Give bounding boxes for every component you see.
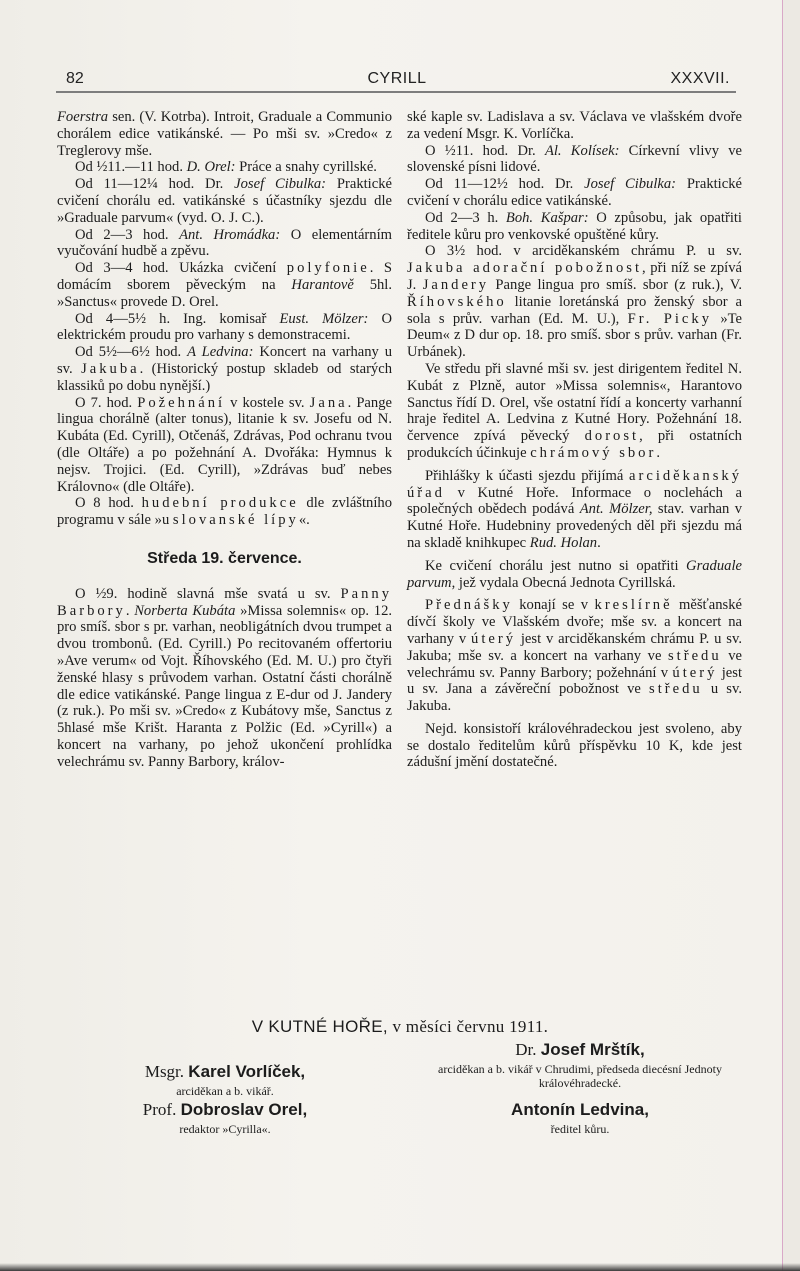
- spaced-text: kreslírně: [595, 597, 673, 613]
- signature-mrstik: Dr. Josef Mrštík, arciděkan a b. vikář v…: [420, 1040, 740, 1090]
- italic-name: D. Orel:: [187, 159, 236, 175]
- text: Práce a snahy cyrillské.: [236, 159, 377, 175]
- date: v měsíci červnu 1911.: [388, 1017, 548, 1036]
- paragraph: Od 5½—6½ hod. A Ledvina: Koncert na varh…: [57, 344, 392, 394]
- sig-role: redaktor »Cyrilla«.: [95, 1122, 355, 1136]
- paragraph: Od 4—5½ h. Ing. komisař Eust. Mölzer: O …: [57, 311, 392, 345]
- place-date-line: V KUTNÉ HOŘE, v měsíci červnu 1911.: [0, 1017, 800, 1037]
- paragraph: O 7. hod. Požehnání v kostele sv. Jana. …: [57, 395, 392, 496]
- text: Přihlášky k účasti sjezdu přijímá: [425, 468, 629, 484]
- text: .: [656, 445, 660, 461]
- paragraph: Od 2—3 h. Boh. Kašpar: O způsobu, jak op…: [407, 210, 742, 244]
- sig-name: Karel Vorlíček,: [188, 1062, 305, 1081]
- spaced-text: Jandery: [423, 277, 489, 293]
- page: 82 CYRILL XXXVII. Foerstra sen. (V. Kotr…: [0, 0, 782, 1271]
- italic-name: Boh. Kašpar:: [506, 210, 589, 226]
- paragraph: ské kaple sv. Ladislava a sv. Václava ve…: [407, 109, 742, 143]
- paragraph: Přednášky konají se v kreslírně měšťansk…: [407, 597, 742, 715]
- italic-name: Ant. Hromádka:: [179, 227, 280, 243]
- text: v kostele sv.: [225, 395, 310, 411]
- paragraph: Od 3—4 hod. Ukázka cvičení polyfonie. S …: [57, 260, 392, 310]
- text: , jež vydala Obecná Jednota Cyrillská.: [452, 575, 676, 591]
- signature-orel: Prof. Dobroslav Orel, redaktor »Cyrilla«…: [95, 1100, 355, 1136]
- text: Od 5½—6½ hod.: [75, 344, 187, 360]
- spaced-text: úterý: [471, 631, 516, 647]
- italic-name: A Ledvina:: [187, 344, 253, 360]
- text: O 8 hod.: [75, 495, 142, 511]
- volume-number: XXXVII.: [670, 70, 730, 88]
- paragraph: Nejd. konsistoří královéhradeckou jest s…: [407, 721, 742, 771]
- italic-name: Al. Kolísek:: [545, 143, 620, 159]
- text: Od 3—4 hod. Ukázka cvičení: [75, 260, 287, 276]
- paragraph: Od ½11.—11 hod. D. Orel: Práce a snahy c…: [57, 159, 392, 176]
- spaced-text: středu: [649, 681, 703, 697]
- text: Pange lingua pro smíš. sbor (z ruk.), V.: [489, 277, 742, 293]
- italic-name: Harantově: [291, 277, 353, 293]
- spaced-text: Požehnání: [137, 395, 225, 411]
- spaced-text: polyfonie: [287, 260, 370, 276]
- text: O 3½ hod. v arciděkanském chrámu P. u sv…: [425, 243, 742, 259]
- signature-vorlicek: Msgr. Karel Vorlíček, arciděkan a b. vik…: [95, 1062, 355, 1098]
- paragraph: Ve středu při slavné mši sv. jest dirige…: [407, 361, 742, 462]
- text: konají se v: [513, 597, 595, 613]
- scan-shadow: [0, 1263, 800, 1271]
- italic-name: Foerstra: [57, 109, 108, 125]
- section-heading: Středa 19. července.: [57, 551, 392, 568]
- header-rule: [56, 91, 736, 93]
- sig-name: Dobroslav Orel,: [181, 1100, 308, 1119]
- running-header: 82 CYRILL XXXVII.: [58, 70, 736, 90]
- spaced-text: chrámový sbor: [530, 445, 656, 461]
- italic-name: Norberta Kubáta: [134, 603, 235, 619]
- text: .: [126, 603, 134, 619]
- signature-ledvina: Antonín Ledvina, ředitel kůru.: [420, 1100, 740, 1136]
- paragraph: Od 11—12¼ hod. Dr. Josef Cibulka: Prakti…: [57, 176, 392, 226]
- right-column: ské kaple sv. Ladislava a sv. Václava ve…: [407, 109, 742, 771]
- sig-role: ředitel kůru.: [420, 1122, 740, 1136]
- text: Od 4—5½ h. Ing. komisař: [75, 311, 279, 327]
- spaced-text: dorost: [585, 428, 639, 444]
- text: O 7. hod.: [75, 395, 137, 411]
- spaced-text: úterý: [672, 665, 717, 681]
- place: V KUTNÉ HOŘE,: [252, 1017, 388, 1036]
- sig-role: arciděkan a b. vikář.: [95, 1084, 355, 1098]
- sig-title: Dr.: [515, 1040, 541, 1059]
- text: Od ½11.—11 hod.: [75, 159, 187, 175]
- text: Ke cvičení chorálu jest nutno si opatřit…: [425, 558, 686, 574]
- spaced-text: středu: [668, 648, 722, 664]
- text: .: [597, 535, 601, 551]
- left-column: Foerstra sen. (V. Kotrba). Introit, Grad…: [57, 109, 392, 770]
- paragraph: O 3½ hod. v arciděkanském chrámu P. u sv…: [407, 243, 742, 361]
- text: Od 2—3 hod.: [75, 227, 179, 243]
- italic-name: Eust. Mölzer:: [279, 311, 368, 327]
- paragraph: O ½11. hod. Dr. Al. Kolísek: Církevní vl…: [407, 143, 742, 177]
- text: «.: [299, 512, 310, 528]
- spaced-text: Jakuba: [81, 361, 140, 377]
- text: Od 11—12¼ hod. Dr.: [75, 176, 234, 192]
- spaced-text: slovanské lípy: [173, 512, 299, 528]
- paragraph: Přihlášky k účasti sjezdu přijímá arcidě…: [407, 468, 742, 552]
- sig-title: Msgr.: [145, 1062, 188, 1081]
- spaced-text: hudební produkce: [142, 495, 299, 511]
- spaced-text: Fr. Picky: [628, 311, 712, 327]
- spaced-text: Přednášky: [425, 597, 513, 613]
- journal-title: CYRILL: [58, 70, 736, 88]
- italic-name: Josef Cibulka:: [584, 176, 676, 192]
- sig-name: Antonín Ledvina,: [511, 1100, 649, 1119]
- italic-name: Ant. Mölzer,: [580, 501, 653, 517]
- spaced-text: Jakuba adorační pobožnost: [407, 260, 642, 276]
- italic-name: Josef Cibulka:: [234, 176, 326, 192]
- text: O ½9. hodině slavná mše svatá u sv.: [75, 586, 341, 602]
- page-edge: [782, 0, 800, 1271]
- text: Od 11—12½ hod. Dr.: [425, 176, 584, 192]
- text: »Missa solemnis« op. 12. pro smíš. sbor …: [57, 603, 392, 770]
- paragraph: O 8 hod. hudební produkce dle zvláštního…: [57, 495, 392, 529]
- text: Od 2—3 h.: [425, 210, 506, 226]
- paragraph: Od 11—12½ hod. Dr. Josef Cibulka: Prakti…: [407, 176, 742, 210]
- paragraph: O ½9. hodině slavná mše svatá u sv. Pann…: [57, 586, 392, 771]
- sig-name: Josef Mrštík,: [541, 1040, 645, 1059]
- sig-role: arciděkan a b. vikář v Chrudimi, předsed…: [420, 1062, 740, 1090]
- spaced-text: Jana: [310, 395, 348, 411]
- italic-name: Rud. Holan: [530, 535, 597, 551]
- paragraph: Od 2—3 hod. Ant. Hromádka: O elementární…: [57, 227, 392, 261]
- text: sen. (V. Kotrba). Introit, Graduale a Co…: [57, 109, 392, 159]
- text: O ½11. hod. Dr.: [425, 143, 545, 159]
- spaced-text: Říhovského: [407, 294, 507, 310]
- sig-title: Prof.: [143, 1100, 181, 1119]
- paragraph: Foerstra sen. (V. Kotrba). Introit, Grad…: [57, 109, 392, 159]
- paragraph: Ke cvičení chorálu jest nutno si opatřit…: [407, 558, 742, 592]
